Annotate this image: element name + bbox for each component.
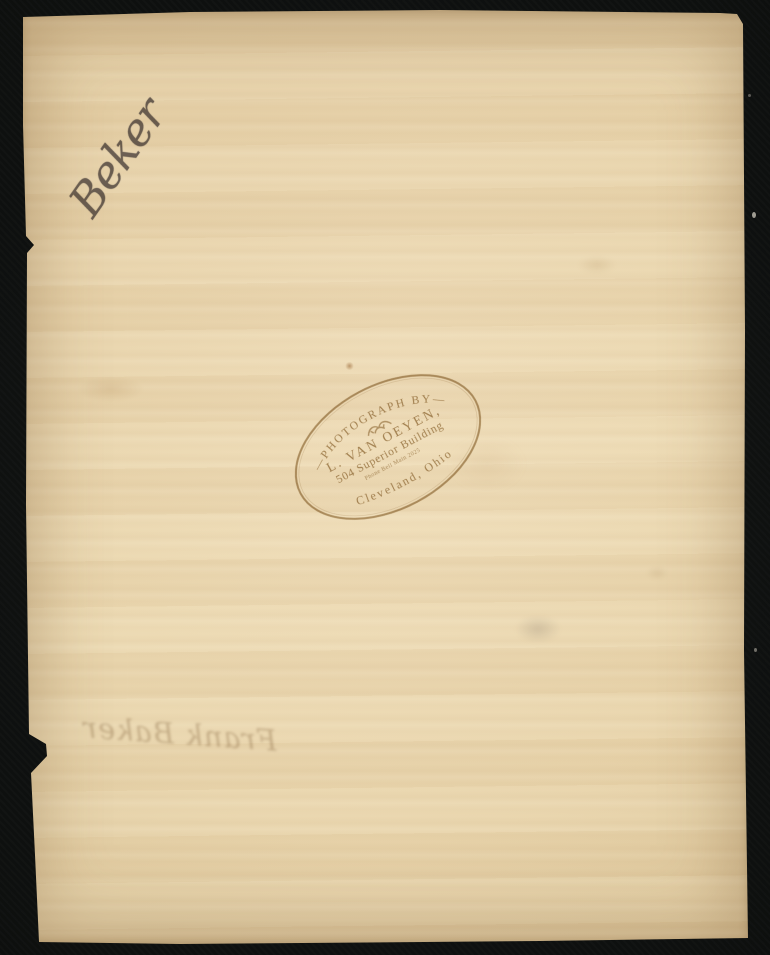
stain <box>345 362 354 370</box>
dust-speck <box>754 648 757 652</box>
faint-name-bottom-left: Frank Baker <box>70 696 289 773</box>
stain <box>578 256 616 274</box>
scan-background: Beker —PHOTOGRAPH BY— L. VAN OEYEN, 504 … <box>0 0 770 955</box>
stain <box>515 615 561 643</box>
dust-speck <box>748 94 751 97</box>
photographer-stamp: —PHOTOGRAPH BY— L. VAN OEYEN, 504 Superi… <box>262 336 513 558</box>
dust-speck <box>752 212 756 218</box>
photo-card-verso: Beker —PHOTOGRAPH BY— L. VAN OEYEN, 504 … <box>20 10 750 945</box>
pencil-name-top-left: Beker <box>16 50 219 265</box>
stain <box>646 566 668 580</box>
stain <box>78 376 144 402</box>
